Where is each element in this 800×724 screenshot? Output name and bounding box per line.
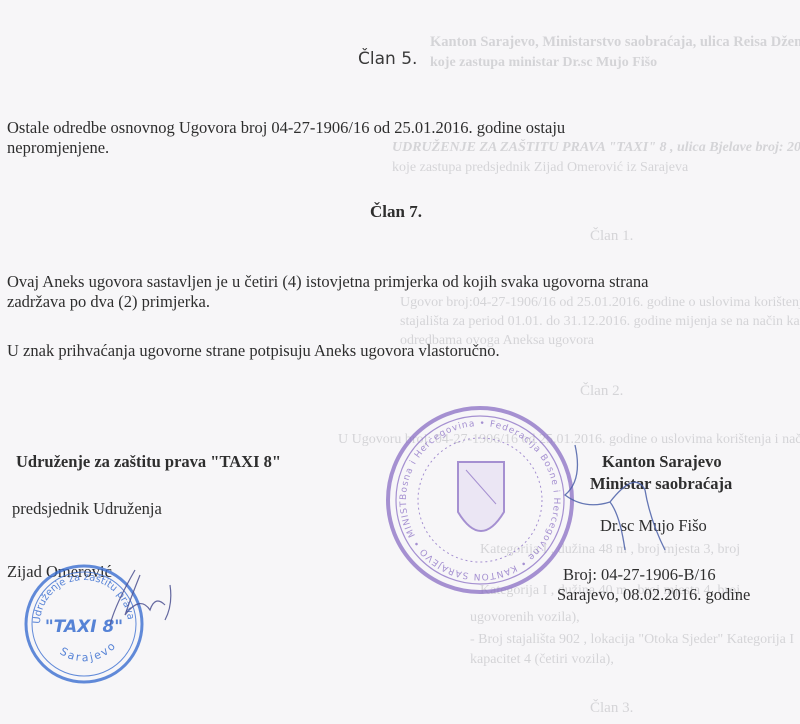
association-stamp: Udruženje za zaštitu prava "TAXI 8" Sara… — [22, 562, 147, 687]
right-organization: Kanton Sarajevo — [602, 452, 722, 472]
article-7-paragraph-line: zadržava po dva (2) primjerka. — [7, 292, 210, 312]
article-5-heading: Član 5. — [358, 49, 417, 69]
left-organization: Udruženje za zaštitu prava "TAXI 8" — [16, 452, 281, 472]
left-role: predsjednik Udruženja — [12, 499, 162, 519]
bleed-through-line: Kanton Sarajevo, Ministarstvo saobraćaja… — [430, 34, 800, 51]
bleed-through-line: UDRUŽENJE ZA ZAŠTITU PRAVA "TAXI" 8 , ul… — [392, 140, 800, 156]
article-7-paragraph-line: Ovaj Aneks ugovora sastavljen je u četir… — [7, 272, 649, 292]
bleed-through-line: Ugovor broj:04-27-1906/16 od 25.01.2016.… — [400, 295, 800, 311]
article-5-paragraph-line: nepromjenjene. — [7, 138, 109, 158]
document-page: Kanton Sarajevo, Ministarstvo saobraćaja… — [0, 0, 800, 724]
bleed-through-line: ugovorenih vozila), — [470, 610, 580, 626]
svg-text:Sarajevo: Sarajevo — [58, 638, 120, 664]
bleed-through-line: Član 2. — [580, 383, 623, 400]
right-role: Ministar saobraćaja — [590, 474, 732, 494]
bleed-through-line: koje zastupa predsjednik Zijad Omerović … — [392, 160, 688, 176]
right-signatory-name: Dr.sc Mujo Fišo — [600, 516, 707, 536]
document-number: Broj: 04-27-1906-B/16 — [563, 565, 716, 585]
bleed-through-line: koje zastupa ministar Dr.sc Mujo Fišo — [430, 55, 657, 71]
article-7-heading: Član 7. — [370, 202, 422, 222]
svg-text:"TAXI 8": "TAXI 8" — [45, 617, 123, 637]
bleed-through-line: stajališta za period 01.01. do 31.12.201… — [400, 314, 800, 330]
bleed-through-line: Član 1. — [590, 228, 633, 245]
place-and-date: Sarajevo, 08.02.2016. godine — [557, 585, 750, 605]
bleed-through-line: - Broj stajališta 902 , lokacija "Otoka … — [470, 632, 794, 648]
bleed-through-line: Član 3. — [590, 700, 633, 717]
ministry-stamp: Bosna i Hercegovina • Federacija Bosne i… — [380, 400, 580, 600]
article-5-paragraph-line: Ostale odredbe osnovnog Ugovora broj 04-… — [7, 118, 565, 138]
bleed-through-line: kapacitet 4 (četiri vozila), — [470, 652, 614, 668]
article-7-paragraph-2: U znak prihvaćanja ugovorne strane potpi… — [7, 341, 500, 361]
